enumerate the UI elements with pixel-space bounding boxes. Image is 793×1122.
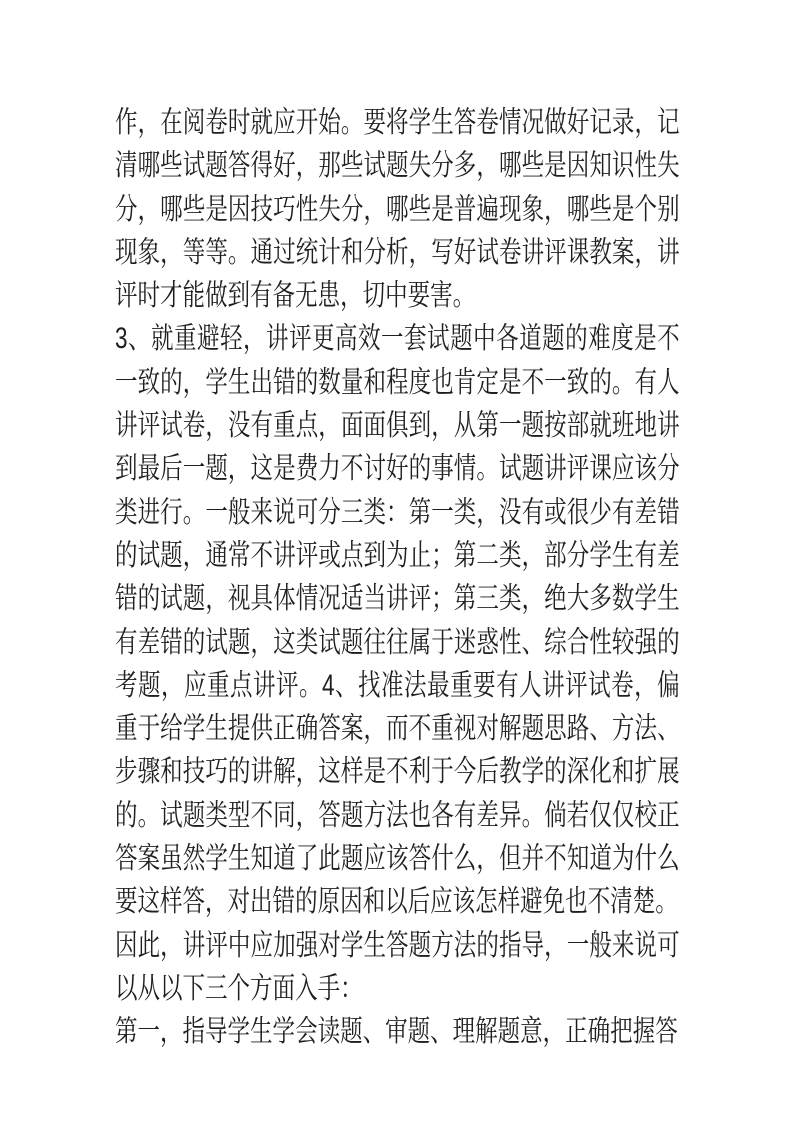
document-text-block: 作，在阅卷时就应开始。要将学生答卷情况做好记录，记清哪些试题答得好，那些试题失分… [115, 101, 680, 1054]
paragraph-therefore-guidance: 因此，讲评中应加强对学生答题方法的指导，一般来说可以从以下三个方面入手： [115, 924, 680, 1011]
paragraph-first-point: 第一，指导学生学会读题、审题、理解题意，正确把握答 [115, 1010, 680, 1053]
paragraph-review-preparation: 作，在阅卷时就应开始。要将学生答卷情况做好记录，记清哪些试题答得好，那些试题失分… [115, 101, 680, 317]
paragraph-key-points-and-method: 3、就重避轻，讲评更高效一套试题中各道题的难度是不一致的，学生出错的数量和程度也… [115, 317, 680, 923]
document-page: 作，在阅卷时就应开始。要将学生答卷情况做好记录，记清哪些试题答得好，那些试题失分… [0, 0, 793, 1122]
